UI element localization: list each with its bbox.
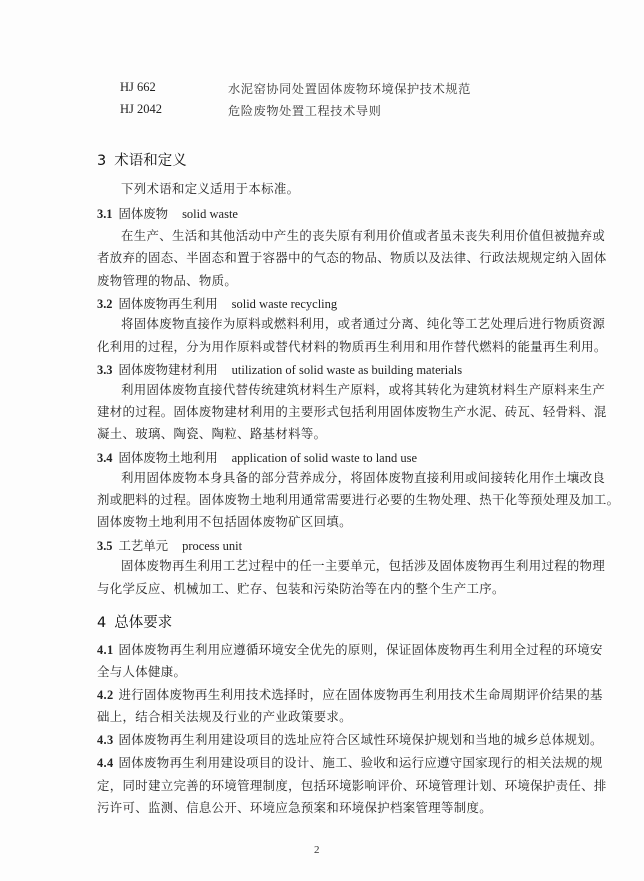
- term-zh: 固体废物再生利用: [119, 296, 218, 311]
- clause-text-line: 础上，结合相关法规及行业的产业政策要求。: [97, 709, 549, 725]
- clause-4-3: 4.3固体废物再生利用建设项目的选址应符合区域性环境保护规划和当地的城乡总体规划…: [97, 732, 549, 748]
- document-page: HJ 662 水泥窑协同处置固体废物环境保护技术规范 HJ 2042 危险废物处…: [0, 0, 644, 881]
- clause-text: 进行固体废物再生利用技术选择时，应在固体废物再生利用技术生命周期评价结果的基: [119, 687, 603, 702]
- term-heading-3-5: 3.5工艺单元process unit: [97, 536, 242, 554]
- term-zh: 固体废物建材利用: [119, 362, 218, 377]
- term-en: application of solid waste to land use: [232, 451, 417, 465]
- clause-text: 固体废物再生利用应遵循环境安全优先的原则，保证固体废物再生利用全过程的环境安: [119, 642, 603, 657]
- term-definition-line: 建材的过程。固体废物建材利用的主要形式包括利用固体废物生产水泥、砖瓦、轻骨料、混: [97, 404, 549, 420]
- section-heading-4: 4总体要求: [97, 611, 172, 632]
- term-definition-line: 废物管理的物品、物质。: [97, 273, 549, 289]
- term-definition-line: 与化学反应、机械加工、贮存、包装和污染防治等在内的整个生产工序。: [97, 581, 549, 597]
- clause-4-1: 4.1固体废物再生利用应遵循环境安全优先的原则，保证固体废物再生利用全过程的环境…: [97, 642, 549, 658]
- term-en: utilization of solid waste as building m…: [232, 363, 463, 377]
- term-definition-line: 固体废物再生利用工艺过程中的任一主要单元，包括涉及固体废物再生利用过程的物理: [121, 558, 549, 574]
- term-number: 3.2: [97, 297, 113, 311]
- reference-code: HJ 662: [120, 80, 156, 95]
- term-definition-line: 剂或肥料的过程。固体废物土地利用通常需要进行必要的生物处理、热干化等预处理及加工…: [97, 492, 549, 508]
- section-number: 3: [97, 153, 106, 169]
- clause-text-line: 定，同时建立完善的环境管理制度，包括环境影响评价、环境管理计划、环境保护责任、排: [97, 778, 549, 794]
- clause-text: 固体废物再生利用建设项目的选址应符合区域性环境保护规划和当地的城乡总体规划。: [119, 732, 603, 747]
- term-heading-3-1: 3.1固体废物solid waste: [97, 204, 238, 222]
- clause-number: 4.1: [97, 643, 114, 657]
- reference-title: 危险废物处置工程技术导则: [228, 102, 381, 119]
- clause-number: 4.2: [97, 688, 114, 702]
- page-number: 2: [314, 844, 320, 856]
- clause-4-4: 4.4固体废物再生利用建设项目的设计、施工、验收和运行应遵守国家现行的相关法规的…: [97, 755, 549, 771]
- clause-4-2: 4.2进行固体废物再生利用技术选择时，应在固体废物再生利用技术生命周期评价结果的…: [97, 687, 549, 703]
- clause-number: 4.3: [97, 733, 114, 747]
- reference-title: 水泥窑协同处置固体废物环境保护技术规范: [228, 80, 471, 97]
- term-heading-3-4: 3.4固体废物土地利用application of solid waste to…: [97, 448, 417, 466]
- term-heading-3-3: 3.3固体废物建材利用utilization of solid waste as…: [97, 360, 462, 378]
- term-definition-line: 在生产、生活和其他活动中产生的丧失原有利用价值或者虽未丧失利用价值但被抛弃或: [121, 228, 549, 244]
- reference-code: HJ 2042: [120, 102, 162, 117]
- term-zh: 固体废物土地利用: [119, 450, 218, 465]
- term-definition-line: 利用固体废物本身具备的部分营养成分，将固体废物直接利用或间接转化用作土壤改良: [121, 470, 549, 486]
- clause-number: 4.4: [97, 756, 114, 770]
- term-number: 3.1: [97, 207, 113, 221]
- term-number: 3.5: [97, 539, 113, 553]
- clause-text-line: 污许可、监测、信息公开、环境应急预案和环境保护档案管理等制度。: [97, 800, 549, 816]
- clause-text: 固体废物再生利用建设项目的设计、施工、验收和运行应遵守国家现行的相关法规的规: [119, 755, 603, 770]
- section-intro: 下列术语和定义适用于本标准。: [121, 181, 549, 197]
- section-title: 术语和定义: [114, 153, 187, 169]
- term-zh: 工艺单元: [119, 538, 169, 553]
- term-en: process unit: [182, 539, 242, 553]
- term-zh: 固体废物: [119, 206, 169, 221]
- term-en: solid waste: [182, 207, 238, 221]
- section-title: 总体要求: [114, 615, 172, 631]
- term-number: 3.3: [97, 363, 113, 377]
- term-heading-3-2: 3.2固体废物再生利用solid waste recycling: [97, 294, 337, 312]
- term-definition-line: 固体废物土地利用不包括固体废物矿区回填。: [97, 514, 549, 530]
- section-number: 4: [97, 615, 106, 631]
- term-definition-line: 凝土、玻璃、陶瓷、陶粒、路基材料等。: [97, 426, 549, 442]
- term-definition-line: 化利用的过程，分为用作原料或替代材料的物质再生利用和用作替代燃料的能量再生利用。: [97, 339, 549, 355]
- clause-text-line: 全与人体健康。: [97, 664, 549, 680]
- section-heading-3: 3术语和定义: [97, 149, 187, 170]
- term-en: solid waste recycling: [232, 297, 338, 311]
- term-definition-line: 将固体废物直接作为原料或燃料利用，或者通过分离、纯化等工艺处理后进行物质资源: [121, 316, 549, 332]
- term-number: 3.4: [97, 451, 113, 465]
- term-definition-line: 者放弃的固态、半固态和置于容器中的气态的物品、物质以及法律、行政法规规定纳入固体: [97, 250, 549, 266]
- term-definition-line: 利用固体废物直接代替传统建筑材料生产原料，或将其转化为建筑材料生产原料来生产: [121, 382, 549, 398]
